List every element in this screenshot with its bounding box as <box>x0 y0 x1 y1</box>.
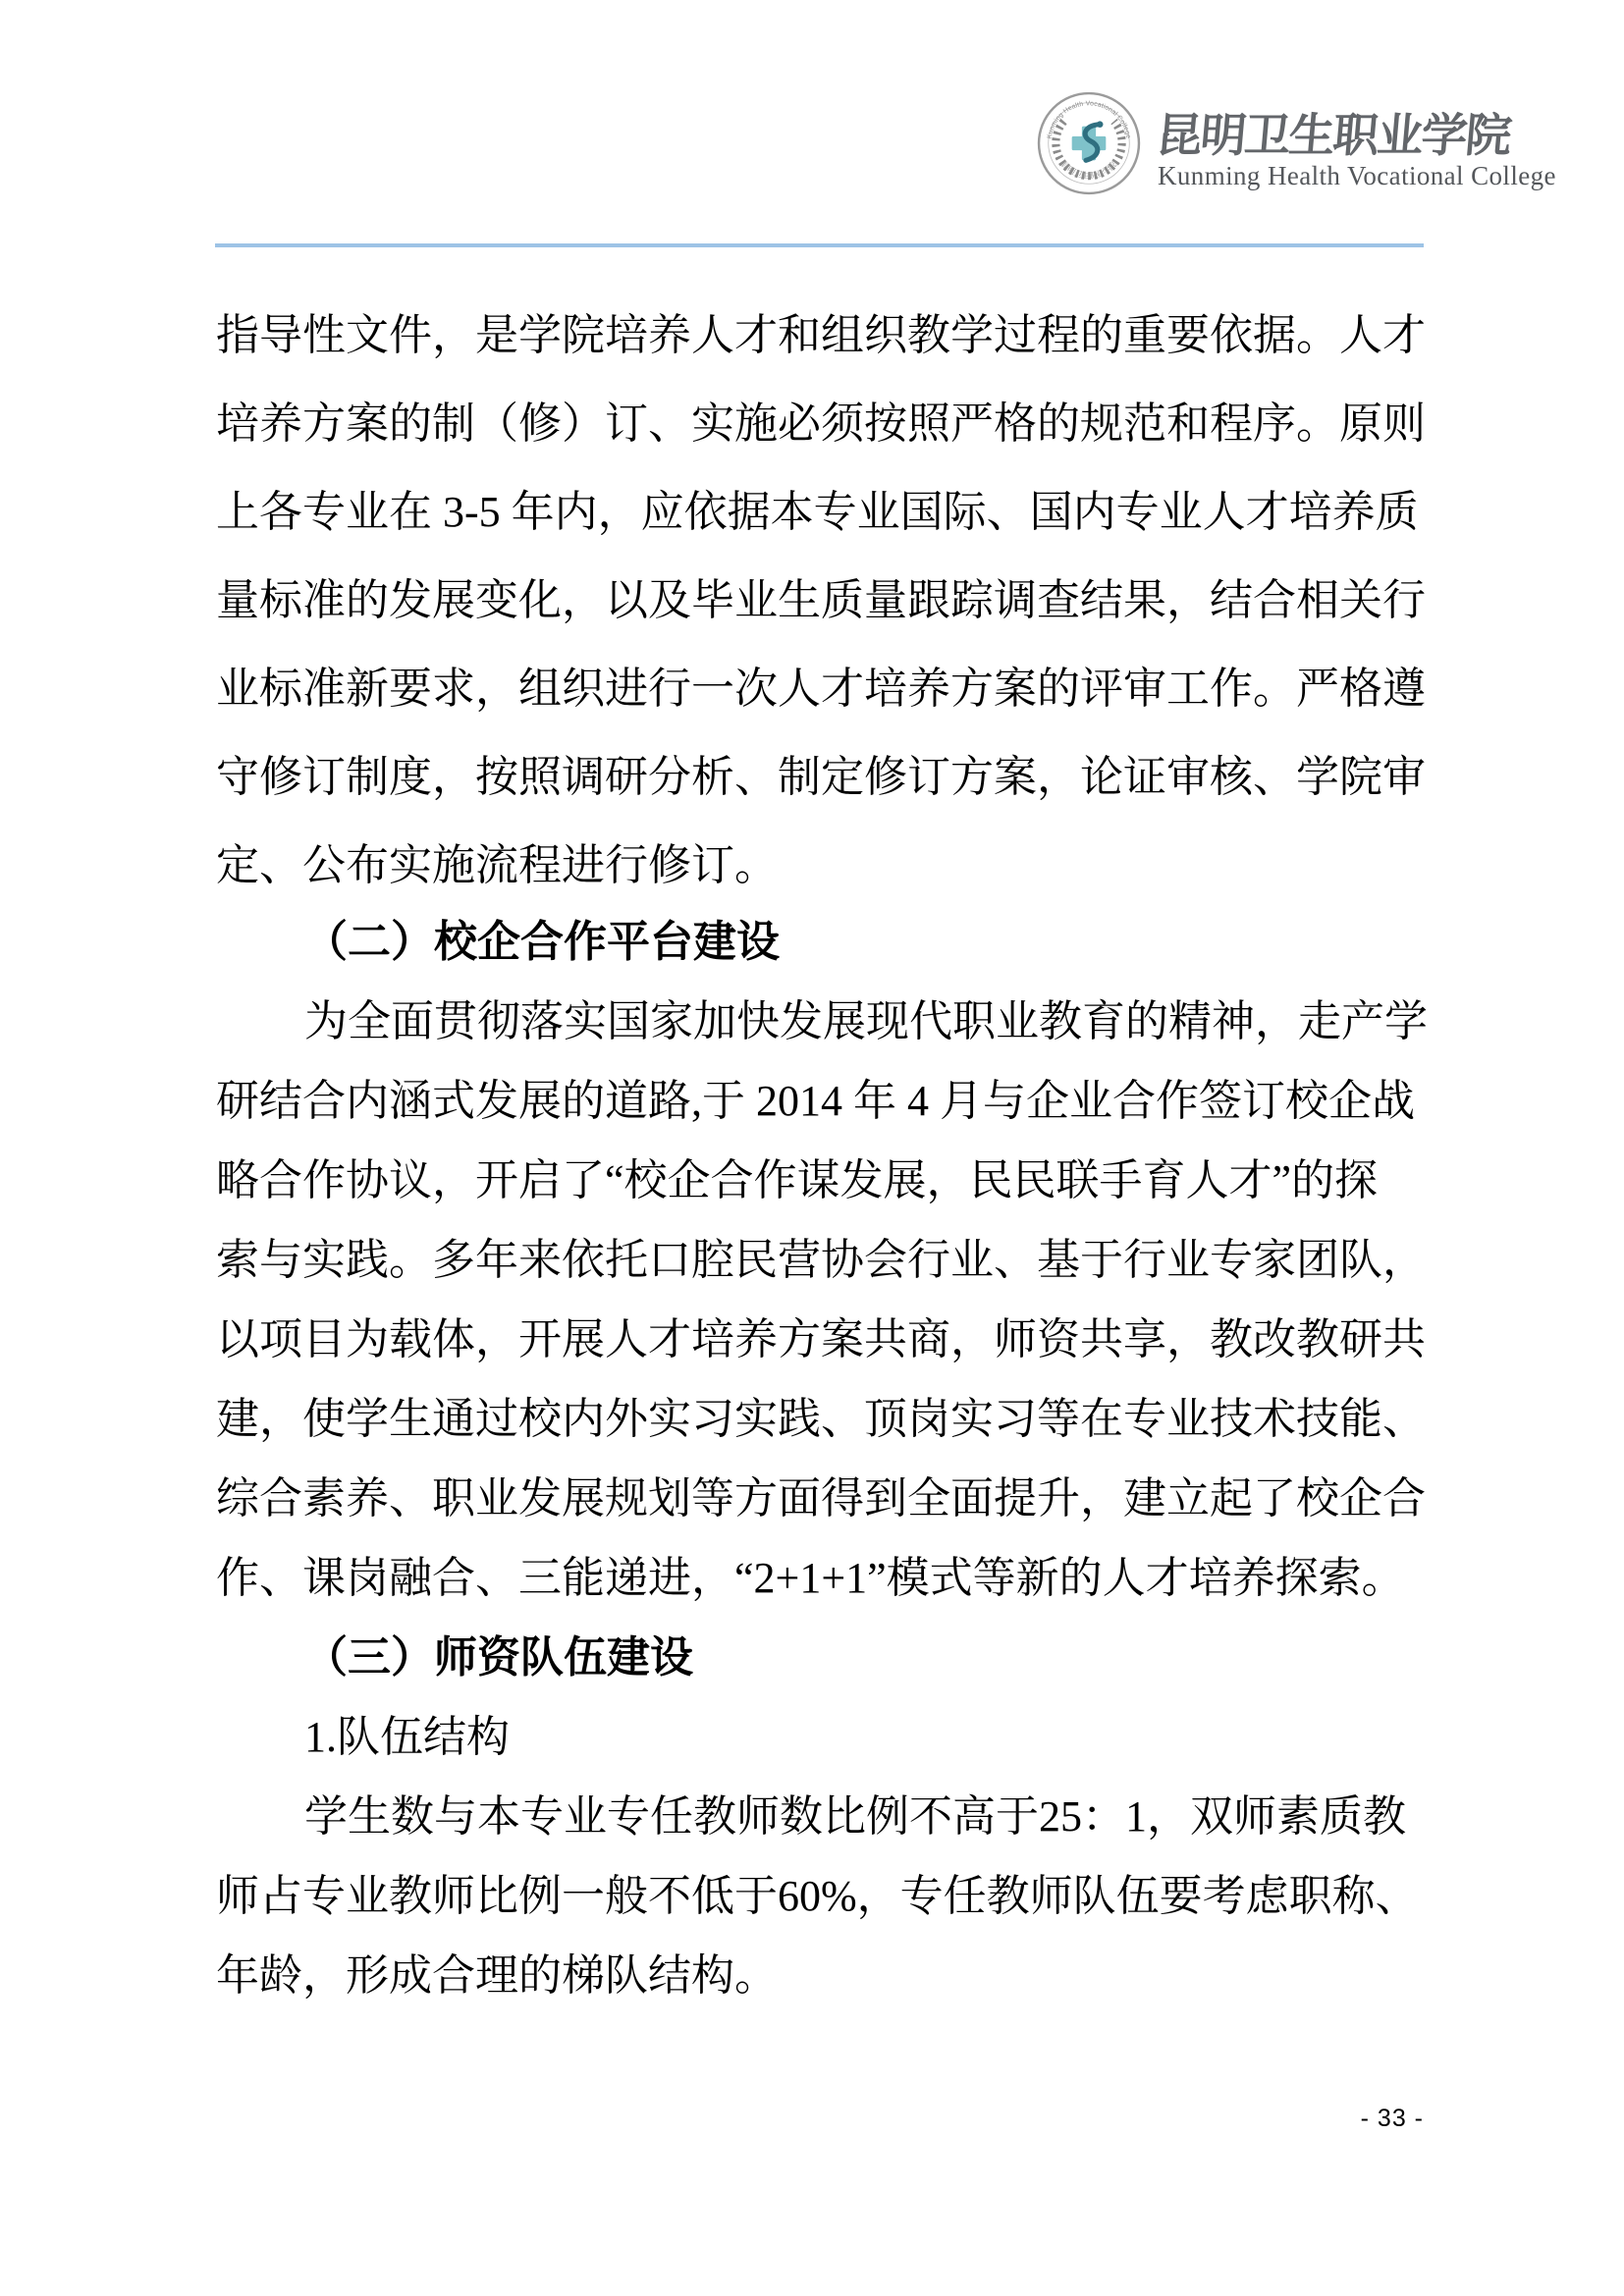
text-line: 师占专业教师比例一般不低于60%，专任教师队伍要考虑职称、 <box>216 1856 1427 1936</box>
text-line: 定、公布实施流程进行修订。 <box>216 822 1427 910</box>
document-body-continuation: 指导性文件，是学院培养人才和组织教学过程的重要依据。人才培养方案的制（修）订、实… <box>216 292 1427 910</box>
text-line: 培养方案的制（修）订、实施必须按照严格的规范和程序。原则 <box>216 380 1427 468</box>
text-line: 上各专业在 3-5 年内，应依据本专业国际、国内专业人才培养质 <box>216 468 1427 557</box>
text-line: 守修订制度，按照调研分析、制定修订方案，论证审核、学院审 <box>216 733 1427 822</box>
document-body-blocks: （二）校企合作平台建设为全面贯彻落实国家加快发展现代职业教育的精神，走产学研结合… <box>216 902 1427 2015</box>
document-page: Kunming Health Vocational College 昆明卫生职业… <box>0 0 1624 2296</box>
section-heading: （三）师资队伍建设 <box>216 1618 1427 1697</box>
sub-heading: 1.队伍结构 <box>216 1697 1427 1777</box>
text-line: 以项目为载体，开展人才培养方案共商，师资共享，教改教研共 <box>216 1300 1427 1379</box>
college-name-calligraphy: 昆明卫生职业学院 <box>1154 99 1513 165</box>
college-name-english: Kunming Health Vocational College <box>1158 161 1511 191</box>
text-line: 综合素养、职业发展规划等方面得到全面提升，建立起了校企合 <box>216 1459 1427 1538</box>
text-line: 略合作协议，开启了“校企合作谋发展，民民联手育人才”的探 <box>216 1141 1427 1220</box>
text-line: 指导性文件，是学院培养人才和组织教学过程的重要依据。人才 <box>216 292 1427 380</box>
text-line: 学生数与本专业专任教师数比例不高于25：1，双师素质教 <box>216 1777 1427 1856</box>
text-line: 为全面贯彻落实国家加快发展现代职业教育的精神，走产学 <box>216 982 1427 1061</box>
section-heading: （二）校企合作平台建设 <box>216 902 1427 982</box>
text-line: 量标准的发展变化，以及毕业生质量跟踪调查结果，结合相关行 <box>216 557 1427 645</box>
college-logo-icon: Kunming Health Vocational College 昆明卫生职业… <box>1037 91 1141 195</box>
text-line: 年龄，形成合理的梯队结构。 <box>216 1936 1427 2015</box>
text-line: 建，使学生通过校内外实习实践、顶岗实习等在专业技术技能、 <box>216 1379 1427 1459</box>
text-line: 索与实践。多年来依托口腔民营协会行业、基于行业专家团队， <box>216 1220 1427 1300</box>
header-divider <box>215 243 1424 247</box>
text-line: 研结合内涵式发展的道路,于 2014 年 4 月与企业合作签订校企战 <box>216 1061 1427 1141</box>
text-line: 作、课岗融合、三能递进，“2+1+1”模式等新的人才培养探索。 <box>216 1538 1427 1618</box>
page-number: - 33 - <box>215 2103 1424 2134</box>
text-line: 业标准新要求，组织进行一次人才培养方案的评审工作。严格遵 <box>216 645 1427 733</box>
